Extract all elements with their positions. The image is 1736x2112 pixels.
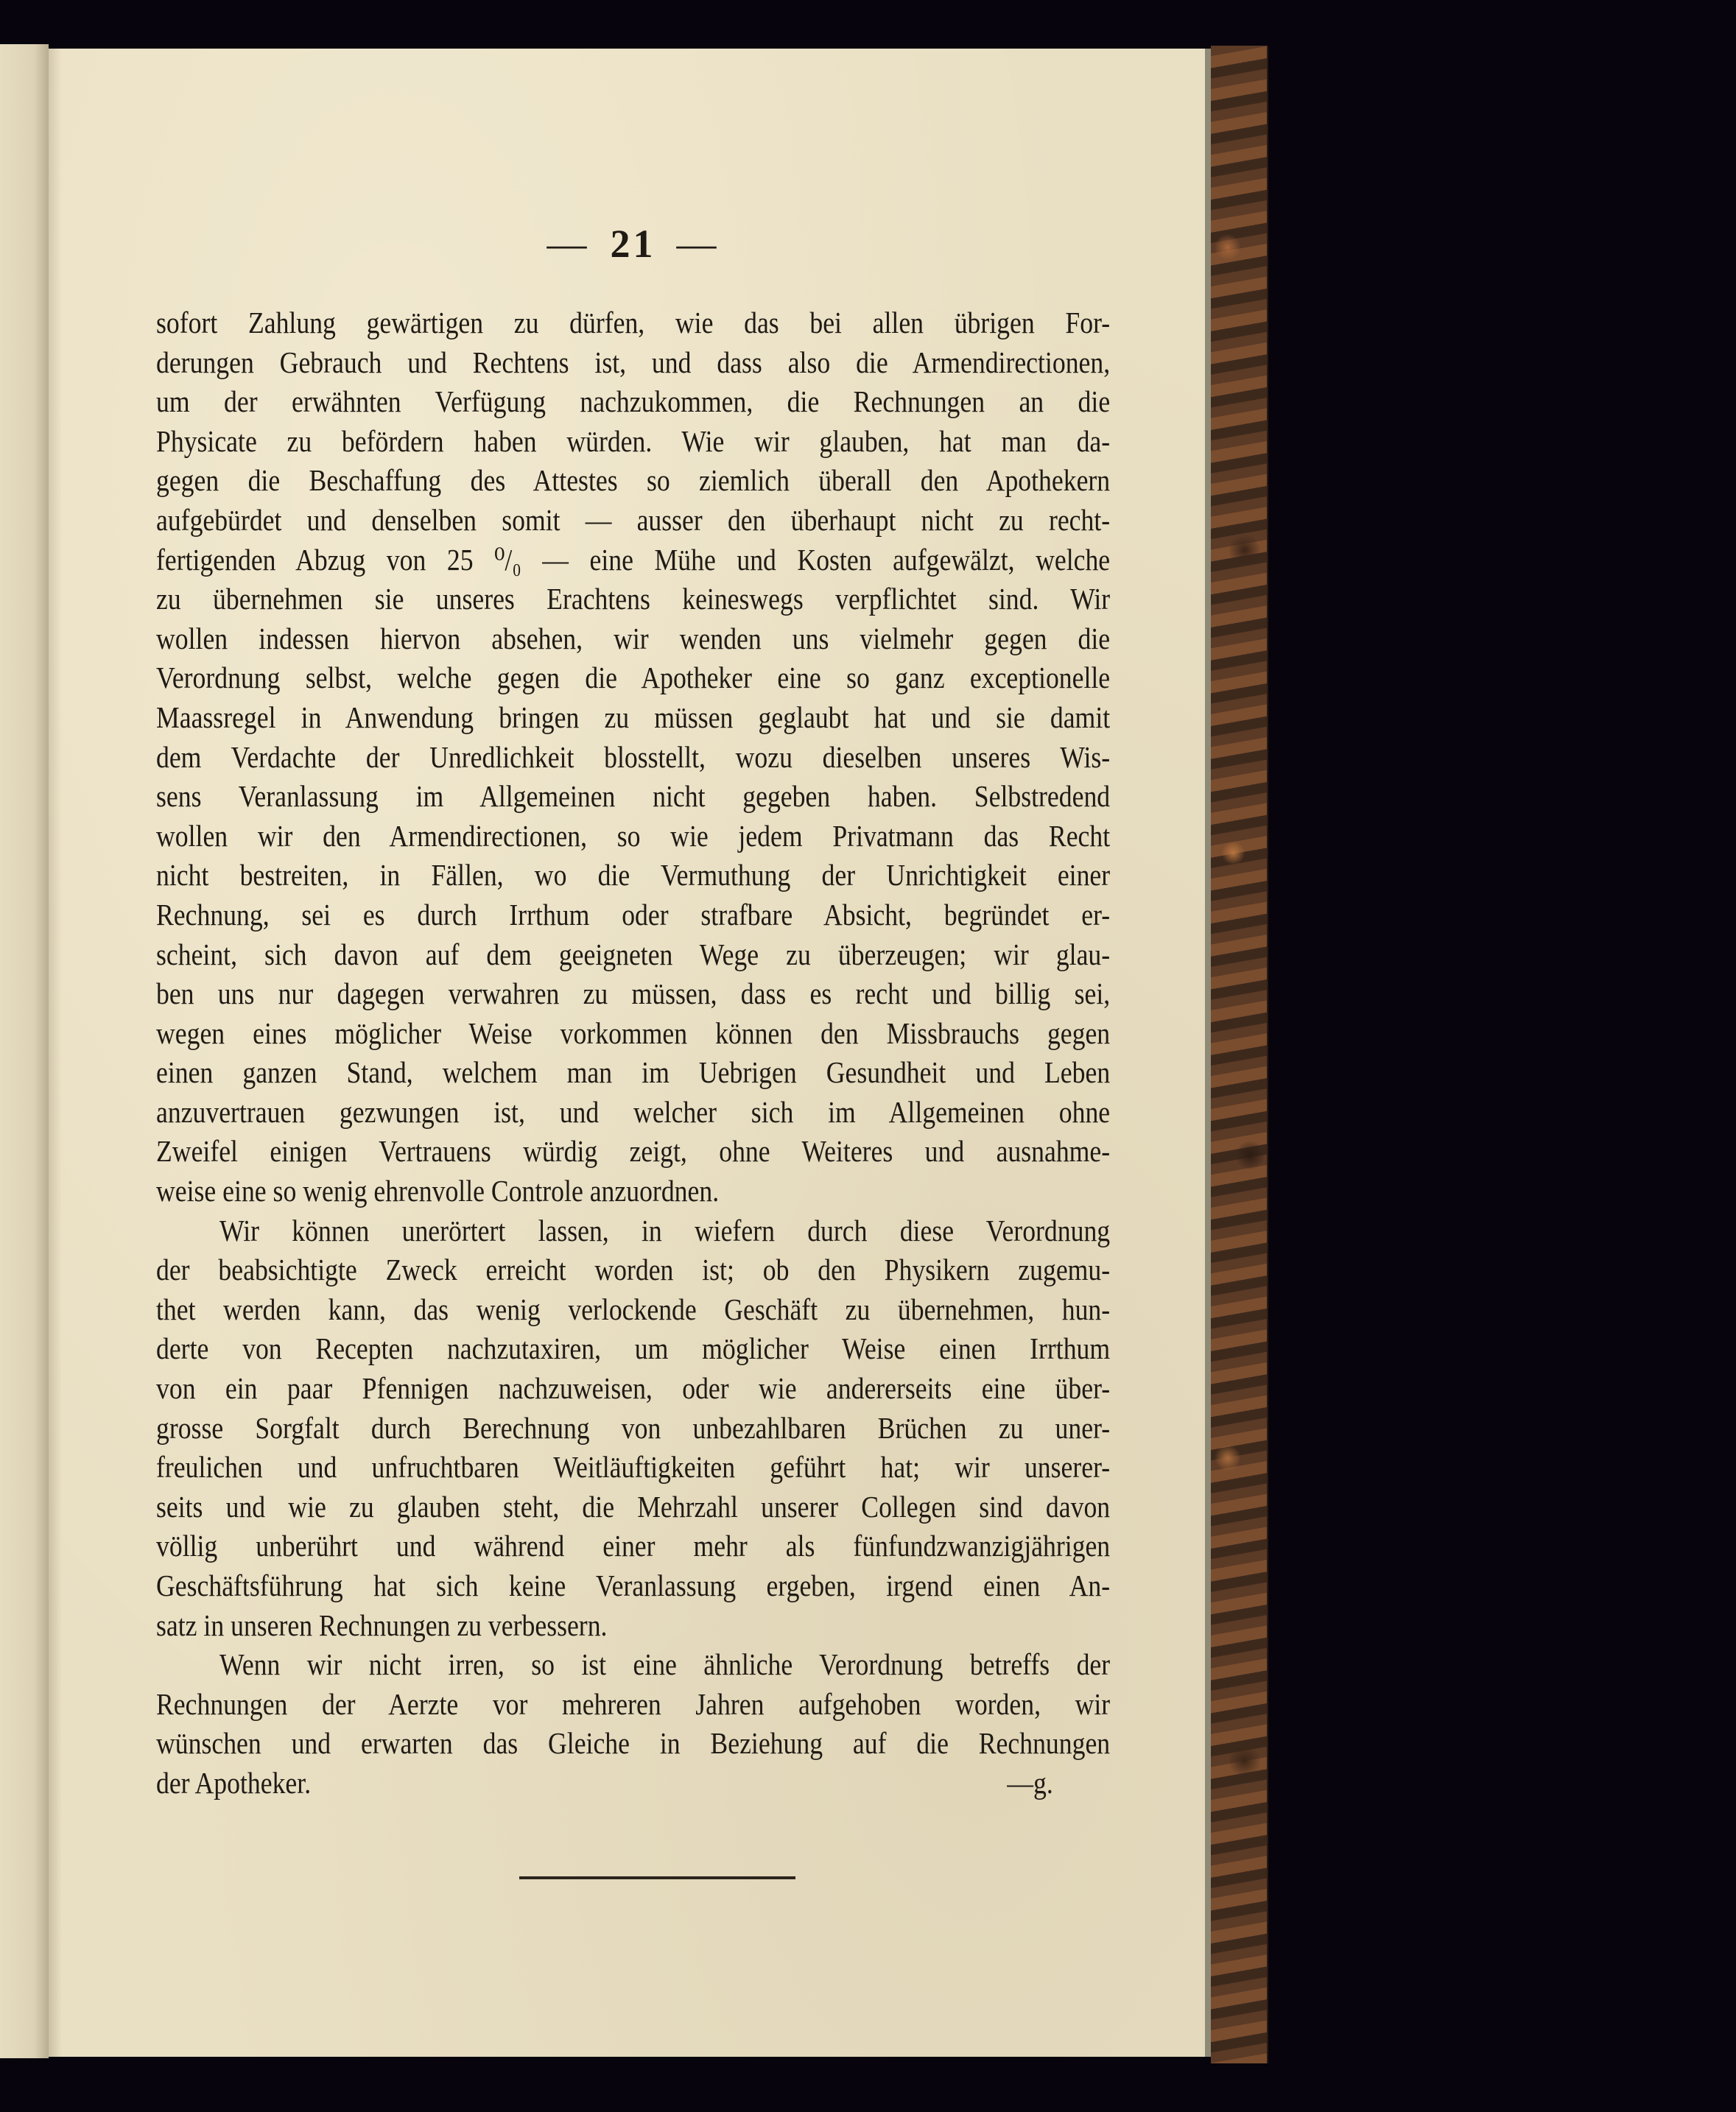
text-line: satz in unseren Rechnungen zu verbessern…: [156, 1606, 1110, 1646]
text-line: Geschäftsführung hat sich keine Veranlas…: [156, 1566, 1110, 1606]
page-number-header: —21—: [156, 221, 1110, 267]
text-line: um der erwähnten Verfügung nachzukommen,…: [156, 382, 1110, 422]
text-line: wollen wir den Armendirectionen, so wie …: [156, 817, 1110, 856]
paragraph-1: sofort Zahlung gewärtigen zu dürfen, wie…: [156, 303, 977, 1211]
text-line: Zweifel einigen Vertrauens würdig zeigt,…: [156, 1132, 1110, 1172]
page-number-dash-left: —: [547, 222, 590, 266]
author-signature: —g.: [1007, 1764, 1110, 1803]
paragraph-2: Wir können unerörtert lassen, in wiefern…: [156, 1211, 977, 1646]
text-line: Rechnungen der Aerzte vor mehreren Jahre…: [156, 1685, 1110, 1725]
text-line: Maassregel in Anwendung bringen zu müsse…: [156, 698, 1110, 738]
paragraph-3: Wenn wir nicht irren, so ist eine ähnlic…: [156, 1645, 977, 1803]
text-line: grosse Sorgfalt durch Berechnung von unb…: [156, 1409, 1110, 1449]
text-line: zu übernehmen sie unseres Erachtens kein…: [156, 580, 1110, 619]
text-line: fertigenden Abzug von 25 ⁰/₀ — eine Mühe…: [156, 541, 1110, 580]
page-number: 21: [611, 222, 656, 266]
text-line: gegen die Beschaffung des Attestes so zi…: [156, 461, 1110, 501]
text-line: von ein paar Pfennigen nachzuweisen, ode…: [156, 1369, 1110, 1409]
text-line: dem Verdachte der Unredlichkeit blosstel…: [156, 738, 1110, 778]
text-line: einen ganzen Stand, welchem man im Uebri…: [156, 1053, 1110, 1093]
text-line: scheint, sich davon auf dem geeigneten W…: [156, 935, 1110, 975]
text-line: der beabsichtigte Zweck erreicht worden …: [156, 1250, 1110, 1290]
body-text: sofort Zahlung gewärtigen zu dürfen, wie…: [156, 303, 977, 1803]
text-line: völlig unberührt und während einer mehr …: [156, 1527, 1110, 1566]
text-line: ben uns nur dagegen verwahren zu müssen,…: [156, 974, 1110, 1014]
text-line: wünschen und erwarten das Gleiche in Bez…: [156, 1724, 1110, 1764]
text-line: anzuvertrauen gezwungen ist, und welcher…: [156, 1093, 1110, 1133]
text-line: aufgebürdet und denselben somit — ausser…: [156, 501, 1110, 541]
text-line: sofort Zahlung gewärtigen zu dürfen, wie…: [156, 303, 1110, 343]
text-line: seits und wie zu glauben steht, die Mehr…: [156, 1488, 1110, 1527]
text-line: wollen indessen hiervon absehen, wir wen…: [156, 619, 1110, 659]
text-line: sens Veranlassung im Allgemeinen nicht g…: [156, 777, 1110, 817]
page-block-edge: [1205, 49, 1211, 2057]
text-line: thet werden kann, das wenig verlockende …: [156, 1290, 1110, 1330]
text-line: der Apotheker.: [156, 1764, 311, 1803]
section-divider-rule: [519, 1876, 795, 1879]
text-line: derungen Gebrauch und Rechtens ist, und …: [156, 343, 1110, 383]
text-line: Wir können unerörtert lassen, in wiefern…: [156, 1211, 1110, 1251]
text-line: Physicate zu befördern haben würden. Wie…: [156, 422, 1110, 462]
text-line: weise eine so wenig ehrenvolle Controle …: [156, 1172, 1110, 1211]
closing-line: der Apotheker. —g.: [156, 1764, 1110, 1803]
page-number-dash-right: —: [677, 222, 720, 266]
text-line: Wenn wir nicht irren, so ist eine ähnlic…: [156, 1645, 1110, 1685]
text-line: freulichen und unfruchtbaren Weitläuftig…: [156, 1448, 1110, 1488]
text-line: nicht bestreiten, in Fällen, wo die Verm…: [156, 856, 1110, 895]
text-line: Verordnung selbst, welche gegen die Apot…: [156, 658, 1110, 698]
text-line: derte von Recepten nachzutaxiren, um mög…: [156, 1329, 1110, 1369]
text-line: wegen eines möglicher Weise vorkommen kö…: [156, 1014, 1110, 1054]
text-line: Rechnung, sei es durch Irrthum oder stra…: [156, 895, 1110, 935]
marbled-book-cover-edge: [1211, 46, 1268, 2063]
facing-page-edge: [0, 44, 49, 2058]
